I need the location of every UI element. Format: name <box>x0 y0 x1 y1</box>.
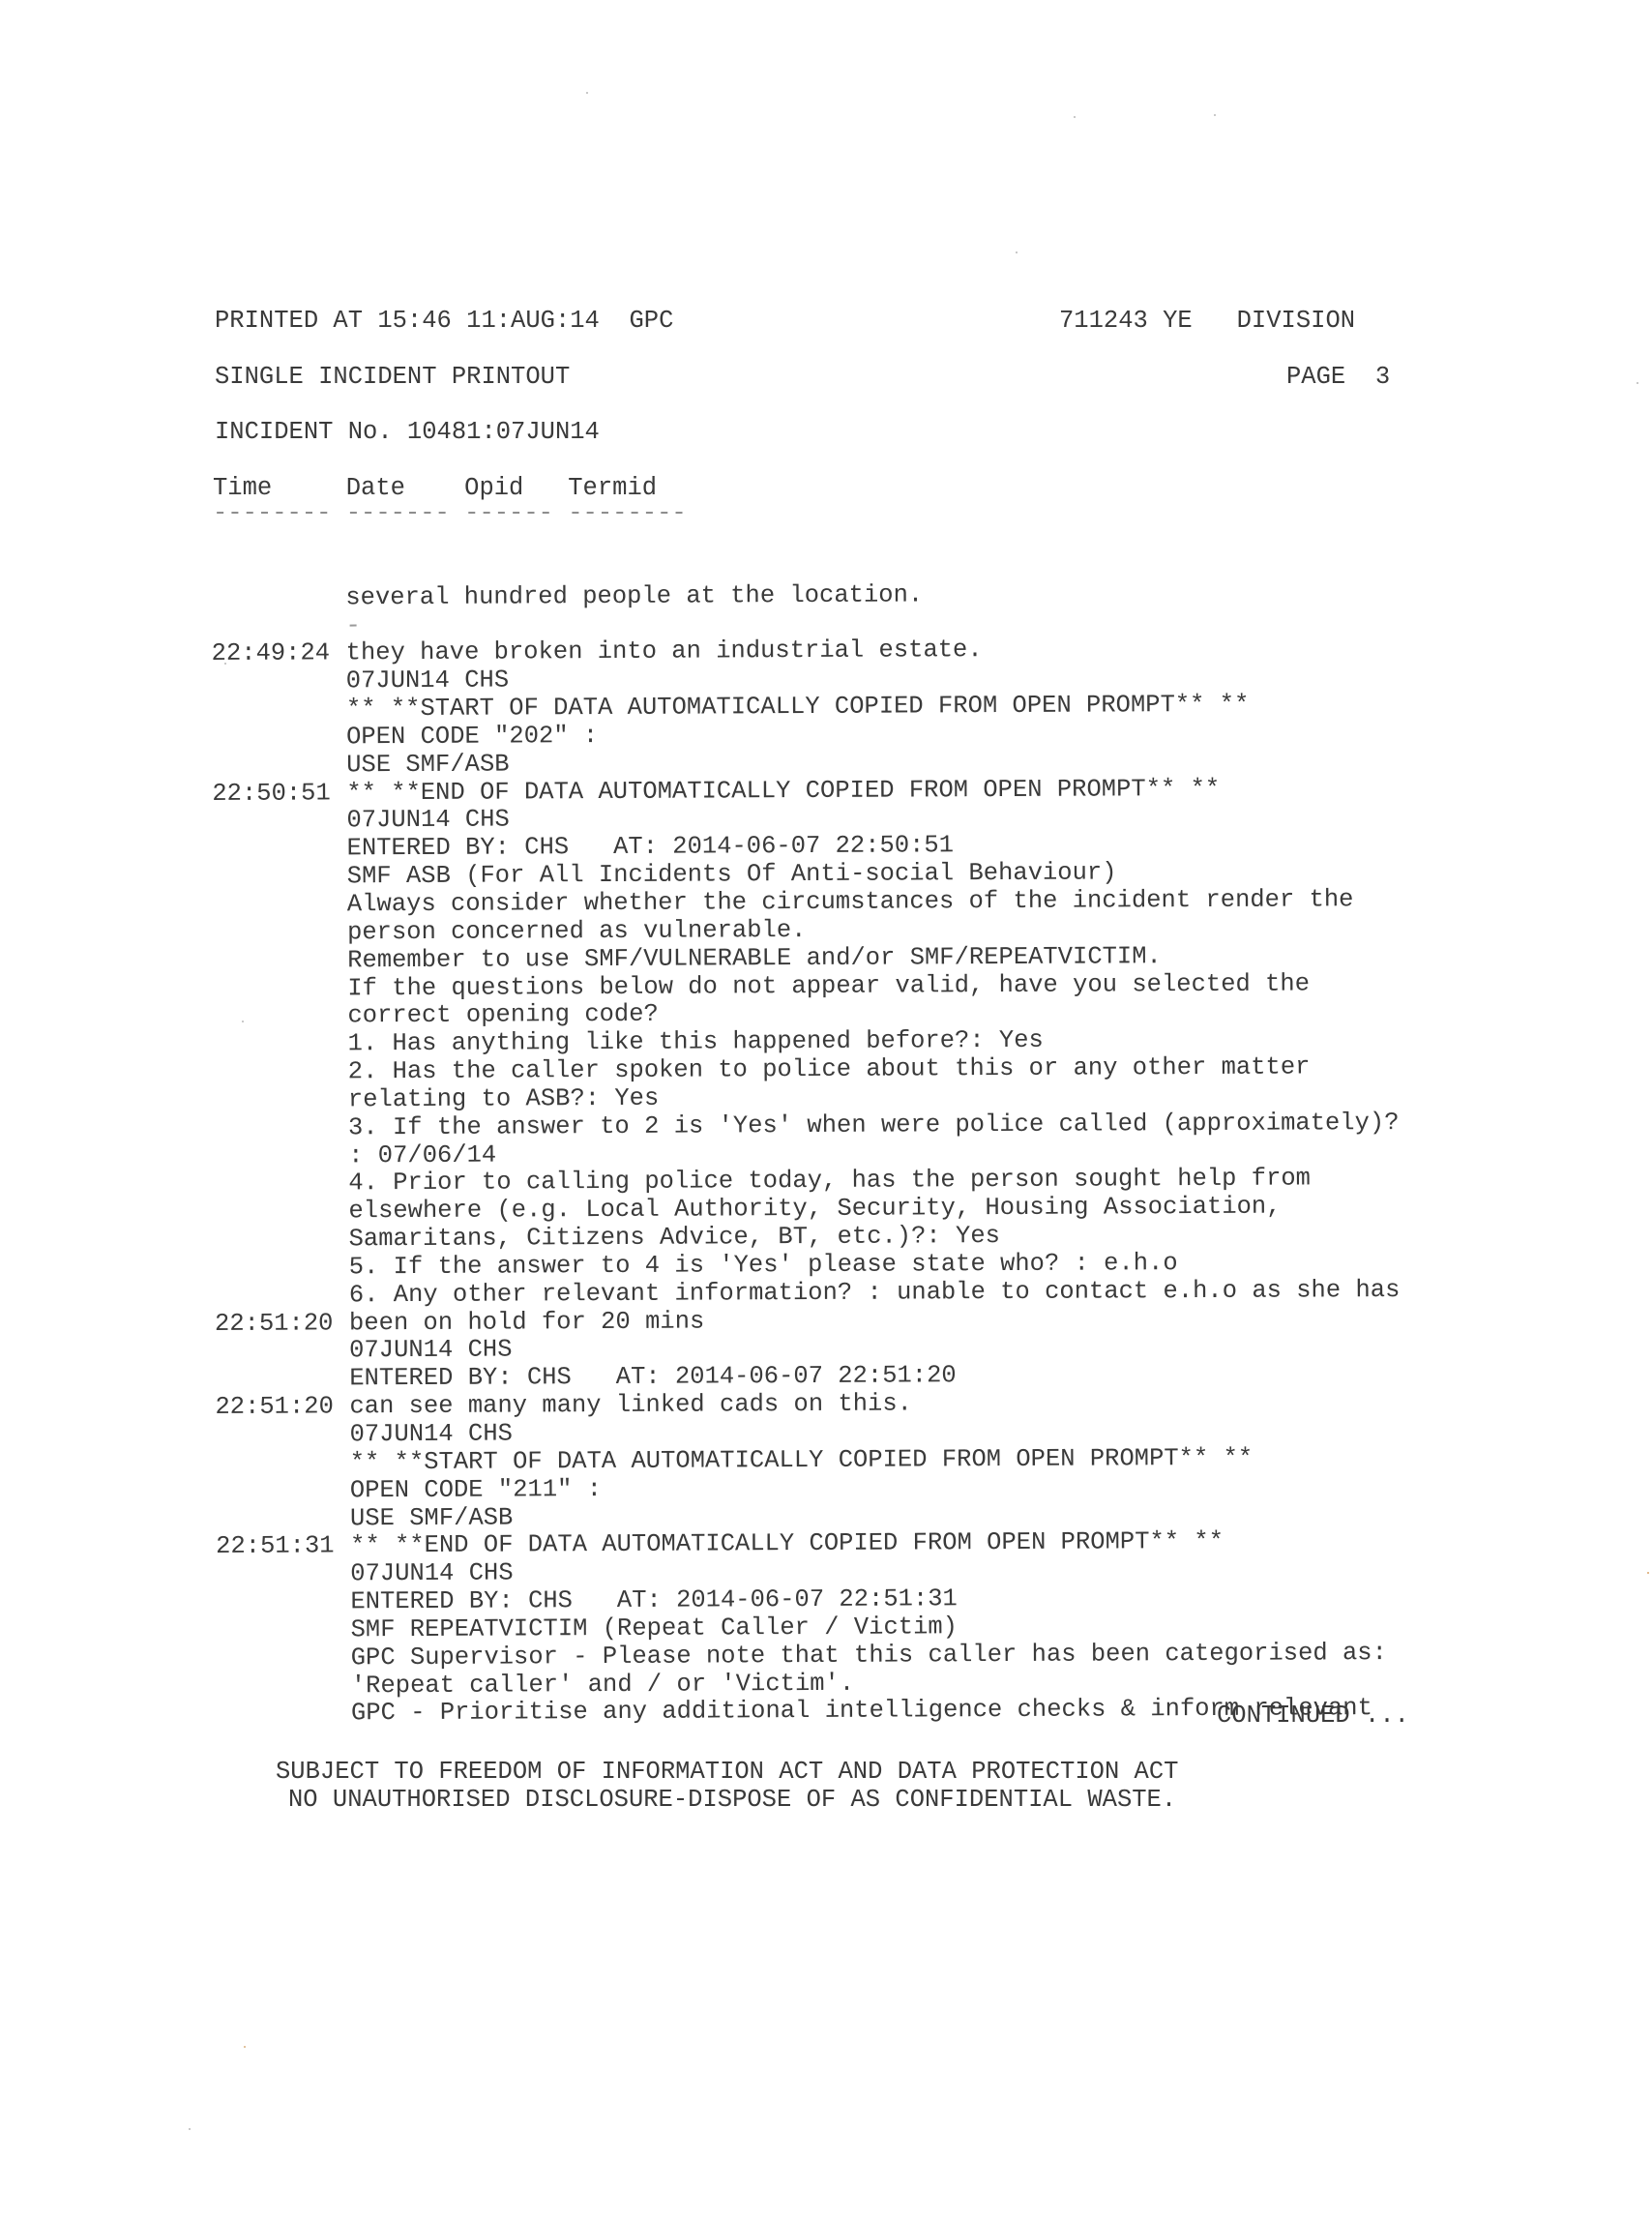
scan-speck <box>244 2046 246 2048</box>
footer-disclaimer-line-2: NO UNAUTHORISED DISCLOSURE-DISPOSE OF AS… <box>288 1787 1176 1815</box>
continued-label: CONTINUED ... <box>1217 1702 1409 1731</box>
scan-speck <box>1647 1572 1649 1574</box>
incident-log: several hundred people at the location. … <box>0 522 1652 1674</box>
scan-speck <box>242 1021 244 1022</box>
column-underline: -------- ------- ------ -------- <box>213 500 687 528</box>
printed-at: PRINTED AT 15:46 11:AUG:14 GPC <box>215 308 673 336</box>
document-title: SINGLE INCIDENT PRINTOUT <box>215 364 570 392</box>
scan-speck <box>1016 252 1018 253</box>
scan-speck <box>224 663 226 665</box>
scan-speck <box>189 2128 191 2130</box>
scan-speck <box>1074 116 1076 118</box>
incident-number: INCIDENT No. 10481:07JUN14 <box>215 419 600 447</box>
scan-speck <box>1214 114 1216 116</box>
log-text: 'Repeat caller' and / or 'Victim'. <box>351 1670 854 1700</box>
scanned-printout-page: PRINTED AT 15:46 11:AUG:14 GPC 711243 YE… <box>0 0 1652 2220</box>
scan-speck <box>1637 382 1638 384</box>
page-number: PAGE 3 <box>1286 364 1390 392</box>
scan-speck <box>586 92 588 94</box>
footer-disclaimer-line-1: SUBJECT TO FREEDOM OF INFORMATION ACT AN… <box>276 1759 1178 1787</box>
division-reference: 711243 YE DIVISION <box>1059 308 1355 336</box>
